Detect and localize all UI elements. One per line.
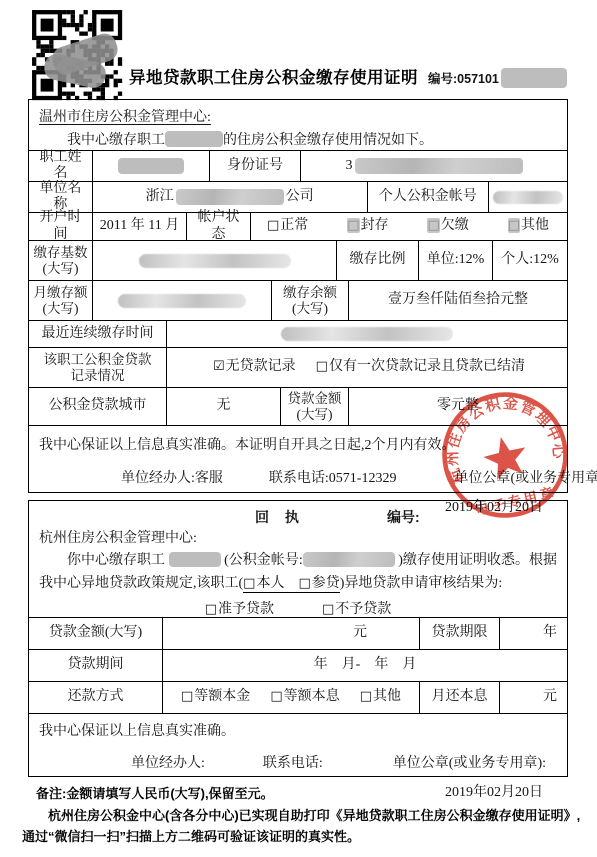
company-suffix: 公司 [286,189,314,205]
repayment-label: 还款方式 [29,682,162,713]
checkbox-unchecked-icon[interactable] [181,689,193,704]
receipt-title: 回 执 [255,507,305,527]
repayment-options: 等额本金 等额本息 其他 [162,682,419,713]
recent-ghost-redaction [281,327,453,341]
table-row-name: 职工姓名 身份证号 3 [29,150,567,181]
checkbox-unchecked-icon[interactable] [205,602,217,617]
loan-record-none: 无贷款记录 [213,359,296,375]
page-title: 异地贷款职工住房公积金缴存使用证明 [129,64,418,88]
addressee: 温州市住房公积金管理中心: [39,106,557,126]
id-label: 身份证号 [209,151,300,181]
approve-option: 准予贷款 [205,598,274,618]
loan-amount-label: 贷款金额(大写) [280,388,348,425]
table-row-recent: 最近连续缴存时间 [29,320,567,347]
id-redaction [355,158,523,174]
repay-principal: 等额本金 [181,689,250,705]
checkbox-redacted-icon[interactable] [508,218,520,233]
checkbox-checked-icon[interactable] [213,359,225,374]
table-row-loan-record: 该职工公积金贷款记录情况 无贷款记录 仅有一次贷款记录且贷款已结清 [29,347,567,387]
loan-city-label: 公积金贷款城市 [29,388,166,425]
remarks: 备注:金额请填写人民币(大写),保留至元。 杭州住房公积金中心(含各分中心)已实… [22,783,584,847]
base-value [92,241,336,280]
certificate-footer: 我中心保证以上信息真实准确。本证明自开具之日起,2个月内有效。 单位经办人:客服… [29,425,567,493]
operator: 单位经办人:客服 [121,467,223,487]
ratio-person-value: 个人:12% [492,241,567,280]
table-row-open-time: 开户时间 2011 年 11 月 帐户状态 正常 封存 欠缴 其他 [29,212,567,240]
checkbox-unchecked-icon[interactable] [316,359,328,374]
name-label: 职工姓名 [29,151,92,181]
intro-suffix: 的住房公积金缴存使用情况如下。 [223,133,433,148]
approval-options: 准予贷款 不予贷款 [39,598,557,618]
status-option-arrears: 欠缴 [427,218,468,234]
company-label: 单位名称 [29,182,92,212]
status-option-sealed: 封存 [347,218,388,234]
base-label: 缴存基数(大写) [29,241,92,280]
receipt-addressee: 杭州住房公积金管理中心: [39,527,557,547]
phone: 联系电话:0571-12329 [269,467,397,487]
serial-visible-digits: 057101 [457,72,499,86]
receipt-title-line: 回 执 编号: [39,507,557,527]
table-row-monthly: 月缴存额(大写) 缴存余额(大写) 壹万叁仟陆佰叁拾元整 [29,280,567,320]
intro-prefix: 我中心缴存职工 [67,133,165,148]
receipt-signature-line: 单位经办人: 联系电话: 单位公章(或业务专用章): [39,752,557,772]
receipt-phone-label: 联系电话: [263,752,323,772]
name-value [92,151,209,181]
receipt-operator-label: 单位经办人: [131,752,205,772]
monthly-value [92,281,271,320]
loan-city-value: 无 [166,388,280,425]
guarantee-statement: 我中心保证以上信息真实准确。本证明自开具之日起,2个月内有效。 [39,434,557,454]
checkbox-unchecked-icon[interactable] [360,689,372,704]
receipt-name-redaction [169,552,221,567]
loan-record-options: 无贷款记录 仅有一次贷款记录且贷款已结清 [166,348,567,387]
company-redaction [176,189,284,205]
checkbox-redacted-icon[interactable] [427,218,439,233]
recent-value [166,321,567,347]
repay-other: 其他 [360,689,401,705]
status-option-normal: 正常 [267,218,308,234]
employee-name-redaction [165,131,223,147]
loan-period-label: 贷款期间 [29,650,162,681]
table-row-loan-amount: 贷款金额(大写) 元 贷款期限 年 [29,617,567,649]
table-row-repayment: 还款方式 等额本金 等额本息 其他 月还本息 元 [29,681,567,713]
monthly-label: 月缴存额(大写) [29,281,92,320]
receipt-footer: 我中心保证以上信息真实准确。 单位经办人: 联系电话: 单位公章(或业务专用章)… [29,713,567,776]
loan-amount-unit: 元 [162,618,419,649]
open-time-value: 2011 年 11 月 [92,213,186,240]
account-ghost-redaction [493,191,563,204]
open-time-label: 开户时间 [29,213,92,240]
account-value [488,182,567,212]
company-prefix: 浙江 [146,189,174,205]
id-value: 3 [300,151,567,181]
checkbox-unchecked-icon[interactable] [243,576,255,591]
seal-label: 单位公章(或业务专用章): [454,467,597,487]
id-prefix: 3 [346,158,353,174]
status-label: 帐户状态 [186,213,250,240]
status-options: 正常 封存 欠缴 其他 [250,213,567,240]
monthly-repay-unit: 元 [499,682,567,713]
table-row-loan-period: 贷款期间 年 月- 年 月 [29,649,567,681]
serial-redaction [501,68,567,88]
loan-amount-value: 零元整 [348,388,567,425]
intro-row: 温州市住房公积金管理中心: 我中心缴存职工的住房公积金缴存使用情况如下。 [29,100,567,150]
table-row-loan-city: 公积金贷款城市 无 贷款金额(大写) 零元整 [29,387,567,425]
remark-line-1: 备注:金额请填写人民币(大写),保留至元。 [36,783,584,804]
ratio-label: 缴存比例 [336,241,418,280]
repay-annuity: 等额本息 [270,689,339,705]
loan-amount-label: 贷款金额(大写) [29,618,162,649]
checkbox-unchecked-icon[interactable] [270,689,282,704]
intro-sentence: 我中心缴存职工的住房公积金缴存使用情况如下。 [39,129,557,149]
ratio-unit-value: 单位:12% [418,241,492,280]
checkbox-unchecked-icon[interactable] [267,218,279,233]
loan-record-once: 仅有一次贷款记录且贷款已结清 [316,359,525,375]
borrower-self: 本人 [243,576,284,591]
certificate-section: 温州市住房公积金管理中心: 我中心缴存职工的住房公积金缴存使用情况如下。 职工姓… [28,99,568,493]
loan-record-label: 该职工公积金贷款记录情况 [29,348,166,387]
receipt-account-redaction [303,552,395,567]
balance-value: 壹万叁仟陆佰叁拾元整 [348,281,567,320]
balance-label: 缴存余额(大写) [271,281,348,320]
company-value: 浙江公司 [92,182,367,212]
account-label: 个人公积金帐号 [367,182,488,212]
remark-line-2: 杭州住房公积金中心(含各分中心)已实现自助打印《异地贷款职工住房公积金缴存使用证… [22,805,584,847]
monthly-ghost-redaction [118,294,246,308]
checkbox-unchecked-icon[interactable] [298,576,310,591]
table-row-base: 缴存基数(大写) 缴存比例 单位:12% 个人:12% [29,240,567,280]
signature-line: 单位经办人:客服 联系电话:0571-12329 单位公章(或业务专用章): [39,467,557,487]
receipt-body: 你中心缴存职工 (公积金帐号: )缴存使用证明收悉。根据我中心异地贷款政策规定,… [39,549,557,595]
checkbox-unchecked-icon[interactable] [322,602,334,617]
base-ghost-redaction [139,254,291,268]
checkbox-redacted-icon[interactable] [347,218,359,233]
receipt-section: 回 执 编号: 杭州住房公积金管理中心: 你中心缴存职工 (公积金帐号: )缴存… [28,500,568,777]
reject-option: 不予贷款 [322,598,391,618]
table-row-company: 单位名称 浙江公司 个人公积金帐号 [29,181,567,212]
receipt-serial-label: 编号: [387,507,420,527]
status-option-other: 其他 [508,218,549,234]
loan-term-unit: 年 [499,618,567,649]
serial-label: 编号: [428,72,457,86]
loan-term-label: 贷款期限 [419,618,499,649]
receipt-header: 回 执 编号: 杭州住房公积金管理中心: 你中心缴存职工 (公积金帐号: )缴存… [29,501,567,617]
certificate-page: 异地贷款职工住房公积金缴存使用证明 编号:057101 温州市住房公积金管理中心… [0,0,597,857]
serial-number: 编号:057101 [428,68,567,88]
name-redaction [118,158,184,174]
borrower-type-options: 本人 参贷 [243,576,340,593]
borrower-joint: 参贷 [298,576,339,591]
receipt-seal-label: 单位公章(或业务专用章): [393,752,546,772]
loan-period-value: 年 月- 年 月 [162,650,567,681]
recent-label: 最近连续缴存时间 [29,321,166,347]
receipt-guarantee: 我中心保证以上信息真实准确。 [39,720,557,740]
monthly-repay-label: 月还本息 [419,682,499,713]
